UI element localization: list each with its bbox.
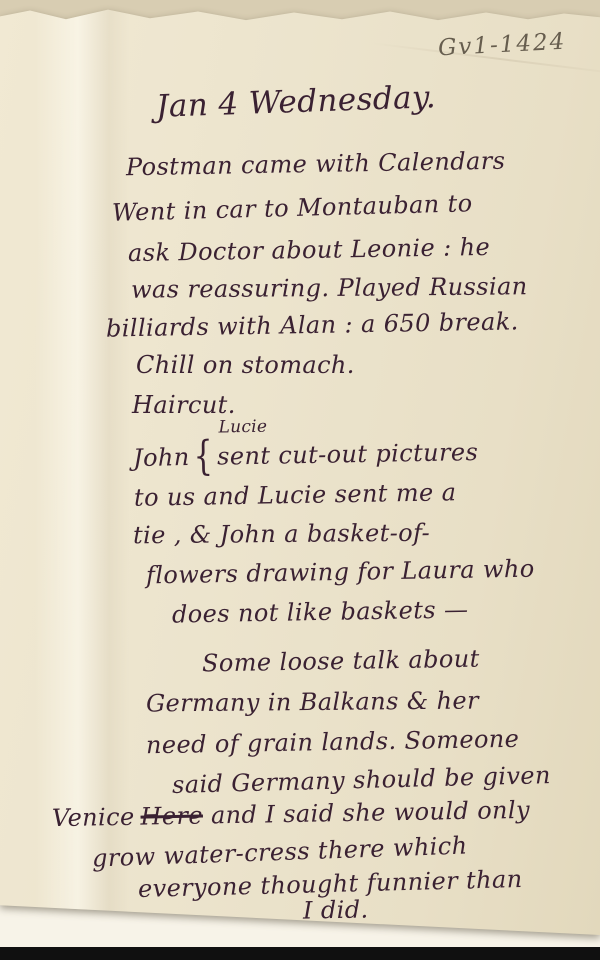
handwriting-line: Some loose talk about — [202, 645, 480, 678]
line-continuation: sent cut-out pictures — [217, 438, 479, 471]
handwriting-line: billiards with Alan : a 650 break. — [106, 307, 519, 342]
struck-word: Here — [140, 802, 203, 831]
handwriting-line: I did. — [303, 895, 369, 924]
handwriting-line: Haircut. — [132, 391, 236, 419]
handwriting-line: tie , & John a basket-of- — [133, 519, 430, 550]
handwriting-line: said Germany should be given — [172, 761, 551, 799]
handwriting-line: need of grain lands. Someone — [146, 725, 520, 760]
line-continuation: and I said she would only — [211, 796, 530, 830]
handwriting-line: to us and Lucie sent me a — [134, 478, 457, 512]
handwriting-line: John{Luciesent cut-out pictures — [133, 433, 479, 474]
venice-word: Venice — [52, 803, 135, 832]
entry-date-heading: Jan 4 Wednesday. — [155, 79, 436, 125]
inserted-word: Lucie — [218, 417, 267, 438]
handwriting-line: grow water-cress there which — [92, 831, 468, 872]
manuscript-paper: Gv1-1424 Jan 4 Wednesday. Postman came w… — [0, 0, 600, 960]
insertion-brace: { — [193, 433, 213, 481]
handwriting-line: Postman came with Calendars — [126, 147, 506, 182]
handwriting-line: Chill on stomach. — [136, 351, 355, 379]
handwriting-line: Went in car to Montauban to — [112, 189, 473, 226]
archive-mark: Gv1-1424 — [437, 29, 566, 62]
handwriting-line: does not like baskets — — [172, 595, 469, 628]
handwriting-line: Germany in Balkans & her — [146, 687, 479, 718]
john-word: John — [133, 443, 190, 472]
manuscript-page: Gv1-1424 Jan 4 Wednesday. Postman came w… — [0, 0, 600, 960]
handwriting-line: flowers drawing for Laura who — [146, 555, 535, 590]
handwriting-line: ask Doctor about Leonie : he — [128, 233, 491, 267]
handwriting-line: was reassuring. Played Russian — [131, 272, 528, 303]
